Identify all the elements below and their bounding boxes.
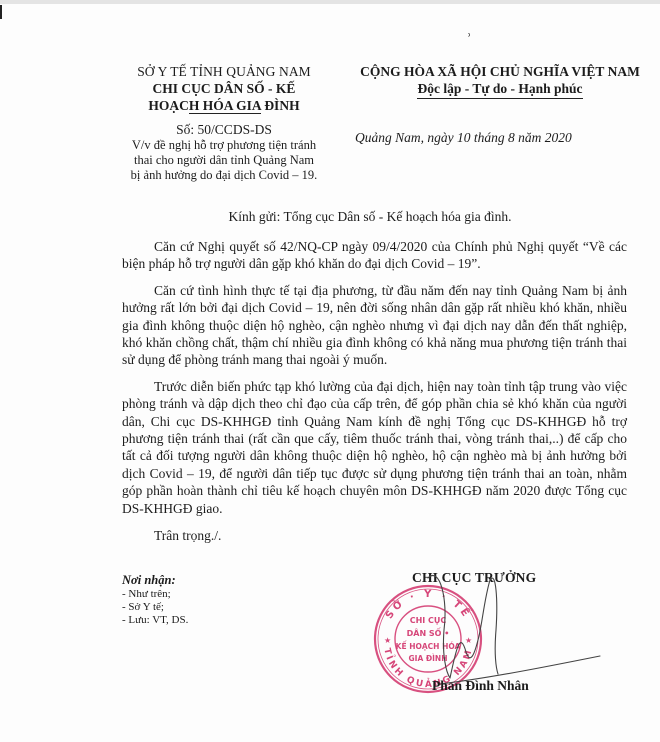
document-page: ʾ SỞ Y TẾ TỈNH QUẢNG NAM CHI CỤC DÂN SỐ …	[0, 0, 660, 742]
recipients-block: Nơi nhận: - Như trên; - Sở Y tế; - Lưu: …	[122, 573, 188, 627]
recipients-title: Nơi nhận:	[122, 573, 188, 588]
svg-text:KẾ HOẠCH HÓA: KẾ HOẠCH HÓA	[396, 641, 461, 651]
subject-line-2: thai cho người dân tỉnh Quảng Nam	[110, 153, 338, 168]
svg-text:CHI CỤC: CHI CỤC	[410, 616, 447, 625]
body-paragraph: Trước diễn biến phức tạp khó lường của đ…	[122, 378, 627, 517]
national-name: CỘNG HÒA XÃ HỘI CHỦ NGHĨA VIỆT NAM	[340, 63, 660, 80]
department-name: SỞ Y TẾ TỈNH QUẢNG NAM	[110, 63, 338, 80]
issue-date: Quảng Nam, ngày 10 tháng 8 năm 2020	[355, 130, 572, 146]
issuing-agency-header: SỞ Y TẾ TỈNH QUẢNG NAM CHI CỤC DÂN SỐ - …	[110, 63, 338, 183]
body-paragraph: Căn cứ Nghị quyết số 42/NQ-CP ngày 09/4/…	[122, 238, 627, 273]
svg-text:★: ★	[384, 636, 391, 645]
national-motto: Độc lập - Tự do - Hạnh phúc	[417, 80, 582, 99]
subject-line-1: V/v đề nghị hỗ trợ phương tiện tránh	[110, 138, 338, 153]
agency-line2-pre: HOẠC	[148, 98, 189, 113]
signer-title: CHI CỤC TRƯỞNG	[412, 570, 536, 586]
svg-text:DÂN SỐ •: DÂN SỐ •	[407, 626, 450, 638]
subject-line-3: bị ảnh hưởng do đại dịch Covid – 19.	[110, 168, 338, 183]
body-paragraph: Căn cứ tình hình thực tế tại địa phương,…	[122, 282, 627, 369]
recipient-line: Kính gửi: Tổng cục Dân số - Kế hoạch hóa…	[100, 209, 640, 225]
recipient-item: - Lưu: VT, DS.	[122, 614, 188, 627]
agency-line2-underlined: H HÓA GIA	[189, 98, 261, 114]
svg-text:★: ★	[465, 636, 472, 645]
agency-name-line1: CHI CỤC DÂN SỐ - KẾ	[110, 80, 338, 97]
margin-mark: ʾ	[465, 30, 471, 51]
recipient-item: - Như trên;	[122, 588, 188, 601]
recipient-item: - Sở Y tế;	[122, 601, 188, 614]
document-number: Số: 50/CCDS-DS	[110, 121, 338, 138]
agency-name-line2: HOẠCH HÓA GIA ĐÌNH	[148, 97, 299, 114]
agency-line2-post: ĐÌNH	[261, 98, 300, 113]
signer-name: Phan Đình Nhân	[432, 678, 529, 694]
closing-salutation: Trân trọng./.	[122, 527, 627, 544]
national-header: CỘNG HÒA XÃ HỘI CHỦ NGHĨA VIỆT NAM Độc l…	[340, 63, 660, 99]
letter-body: Căn cứ Nghị quyết số 42/NQ-CP ngày 09/4/…	[122, 238, 627, 554]
svg-text:GIA ĐÌNH: GIA ĐÌNH	[409, 654, 448, 663]
